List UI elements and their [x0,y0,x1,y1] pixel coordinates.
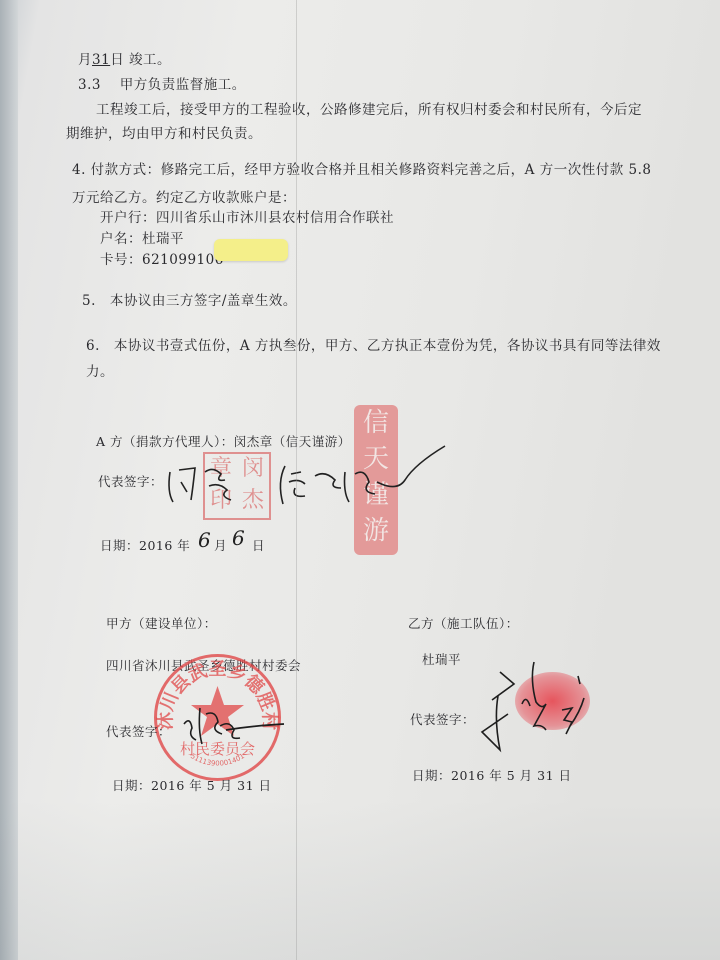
clause-5: 5. 本协议由三方签字/盖章生效。 [82,289,297,309]
party-jia-date: 日期：2016 年 5 月 31 日 [112,776,272,794]
redaction-sticker [214,239,288,261]
party-yi-title: 乙方（施工队伍）： [408,614,519,632]
clause-3-3-body-2: 期维护，均由甲方和村民负责。 [66,122,262,142]
party-yi-signature-label: 代表签字： [410,710,475,728]
party-a-date-label: 日期：2016 年 [100,536,190,554]
party-a-handwritten-signature [165,452,465,516]
completion-suffix: 日 竣工。 [110,52,171,68]
completion-month: 月 [78,52,92,68]
party-yi-date: 日期：2016 年 5 月 31 日 [412,766,572,784]
party-jia-signature-label: 代表签字： [106,722,171,740]
account-name: 户名：杜瑞平 [100,227,184,247]
party-jia-handwritten-signature [180,700,290,754]
seal-char: 游 [354,513,398,549]
party-yi-handwritten-signature [478,650,598,764]
clause-6-line2: 力。 [86,360,114,380]
document-page: 月31日 竣工。 3.3 甲方负责监督施工。 工程竣工后，接受甲方的工程验收，公… [0,0,720,960]
card-number: 卡号：621099106 [100,248,224,268]
party-a-date-day: 6 [232,526,245,550]
party-jia-title: 甲方（建设单位）： [106,614,217,632]
clause-3-3: 3.3 甲方负责监督施工。 [78,73,246,93]
party-a-date-month-label: 月 [214,536,227,554]
completion-day: 31 [92,52,110,68]
party-a-signature-label: 代表签字： [98,472,163,490]
page-shadow [0,800,720,960]
party-a-date-month: 6 [198,528,211,552]
clause-4-line2: 万元给乙方。约定乙方收款账户是： [72,186,296,206]
party-a-title: A 方（捐款方代理人）：闵杰章（信天谨游） [96,432,351,450]
party-yi-name: 杜瑞平 [422,650,461,668]
clause-3-3-body-1: 工程竣工后，接受甲方的工程验收，公路修建完后，所有权归村委会和村民所有，今后定 [96,98,642,118]
party-a-date-day-label: 日 [252,536,265,554]
seal-char: 信 [354,405,398,441]
clause-6-line1: 6. 本协议书壹式伍份，A 方执叁份，甲方、乙方执正本壹份为凭，各协议书具有同等… [86,334,661,354]
completion-line: 月31日 竣工。 [78,48,171,68]
bank-name: 开户行：四川省乐山市沐川县农村信用合作联社 [100,206,394,226]
clause-4-line1: 4. 付款方式：修路完工后，经甲方验收合格并且相关修路资料完善之后，A 方一次性… [72,158,651,178]
